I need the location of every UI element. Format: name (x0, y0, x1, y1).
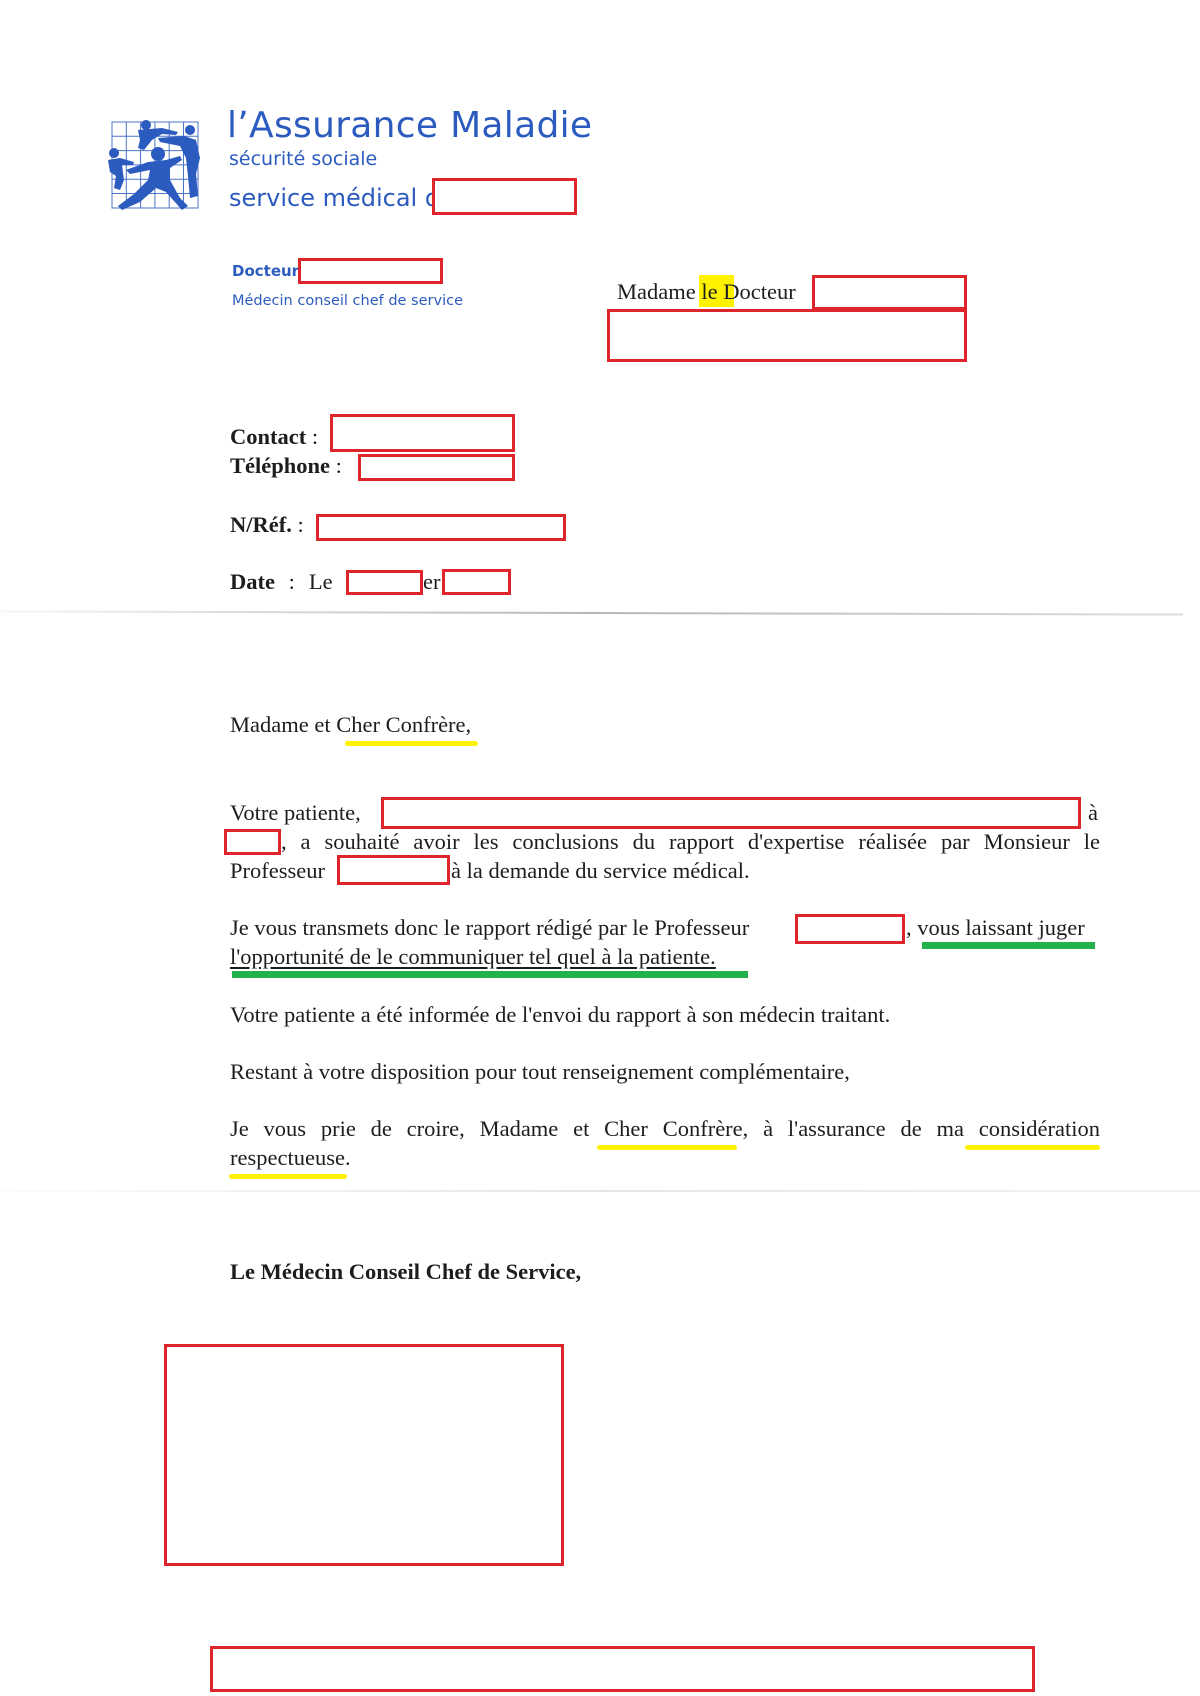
redacted-professor-name (337, 855, 450, 885)
p1-line3-start: Professeur (230, 856, 325, 885)
p5-line2: respectueuse. (230, 1143, 351, 1172)
p2-line1-start: Je vous transmets donc le rapport rédigé… (230, 913, 749, 942)
p5-line1: Je vous prie de croire, Madame et Cher C… (230, 1114, 1100, 1143)
highlight-underline-consideration (965, 1145, 1100, 1150)
redacted-service-location (432, 178, 577, 215)
redacted-patient-name (381, 797, 1081, 829)
p1-line1-start: Votre patiente, (230, 798, 361, 827)
p2-line1-end: , vous laissant juger (906, 913, 1085, 942)
sender-title: Docteur (232, 262, 299, 280)
redacted-patient-city (224, 829, 281, 855)
highlight-underline-respectueuse (229, 1174, 347, 1179)
highlight-underline-opportunite (232, 971, 748, 978)
redacted-reference (316, 514, 566, 541)
redacted-recipient-address (607, 309, 967, 362)
p4: Restant à votre disposition pour tout re… (230, 1057, 850, 1086)
redacted-phone (358, 454, 515, 481)
redacted-footer-address (210, 1646, 1035, 1692)
redacted-professor-name-2 (795, 914, 905, 944)
greeting: Madame et Cher Confrère, (230, 710, 471, 739)
brand-subtitle: sécurité sociale (229, 148, 377, 170)
sender-role: Médecin conseil chef de service (232, 292, 463, 310)
contact-label: Contact : (230, 424, 318, 450)
phone-label: Téléphone : (230, 453, 342, 479)
p1-line2: , a souhaité avoir les conclusions du ra… (281, 827, 1100, 856)
paper-fold-line (0, 1190, 1200, 1192)
salutation-prefix: Madame (617, 279, 696, 304)
brand-name: l’Assurance Maladie (227, 106, 592, 146)
redacted-date-month-year (442, 569, 511, 595)
service-medical-label: service médical de (229, 184, 455, 212)
recipient-salutation: Madame le Docteur (617, 278, 796, 306)
paper-fold-line (0, 610, 1183, 615)
highlight-underline-cher-confrere (345, 741, 478, 746)
p3: Votre patiente a été informée de l'envoi… (230, 1000, 890, 1029)
p2-line2: l'opportunité de le communiquer tel quel… (230, 942, 716, 971)
assurance-maladie-family-logo-icon (100, 118, 200, 212)
salutation-highlight: le (701, 279, 717, 304)
date-line: Date :Le (230, 569, 333, 595)
redacted-date-day (346, 570, 423, 595)
redacted-contact (330, 414, 515, 452)
salutation-suffix: Docteur (723, 279, 795, 304)
highlight-underline-cher-confrere-2 (597, 1145, 737, 1150)
p1-line1-end: à (1088, 798, 1098, 827)
signature-title: Le Médecin Conseil Chef de Service, (230, 1258, 581, 1286)
redacted-signature (164, 1344, 564, 1566)
redacted-sender-name (298, 258, 443, 284)
highlight-underline-vous-laissant-juger (922, 942, 1095, 949)
redacted-recipient-name (812, 275, 967, 310)
p1-line3-end: à la demande du service médical. (451, 856, 750, 885)
date-mid: er (423, 569, 440, 595)
date-prefix: Le (309, 569, 333, 594)
reference-label: N/Réf. : (230, 512, 304, 538)
